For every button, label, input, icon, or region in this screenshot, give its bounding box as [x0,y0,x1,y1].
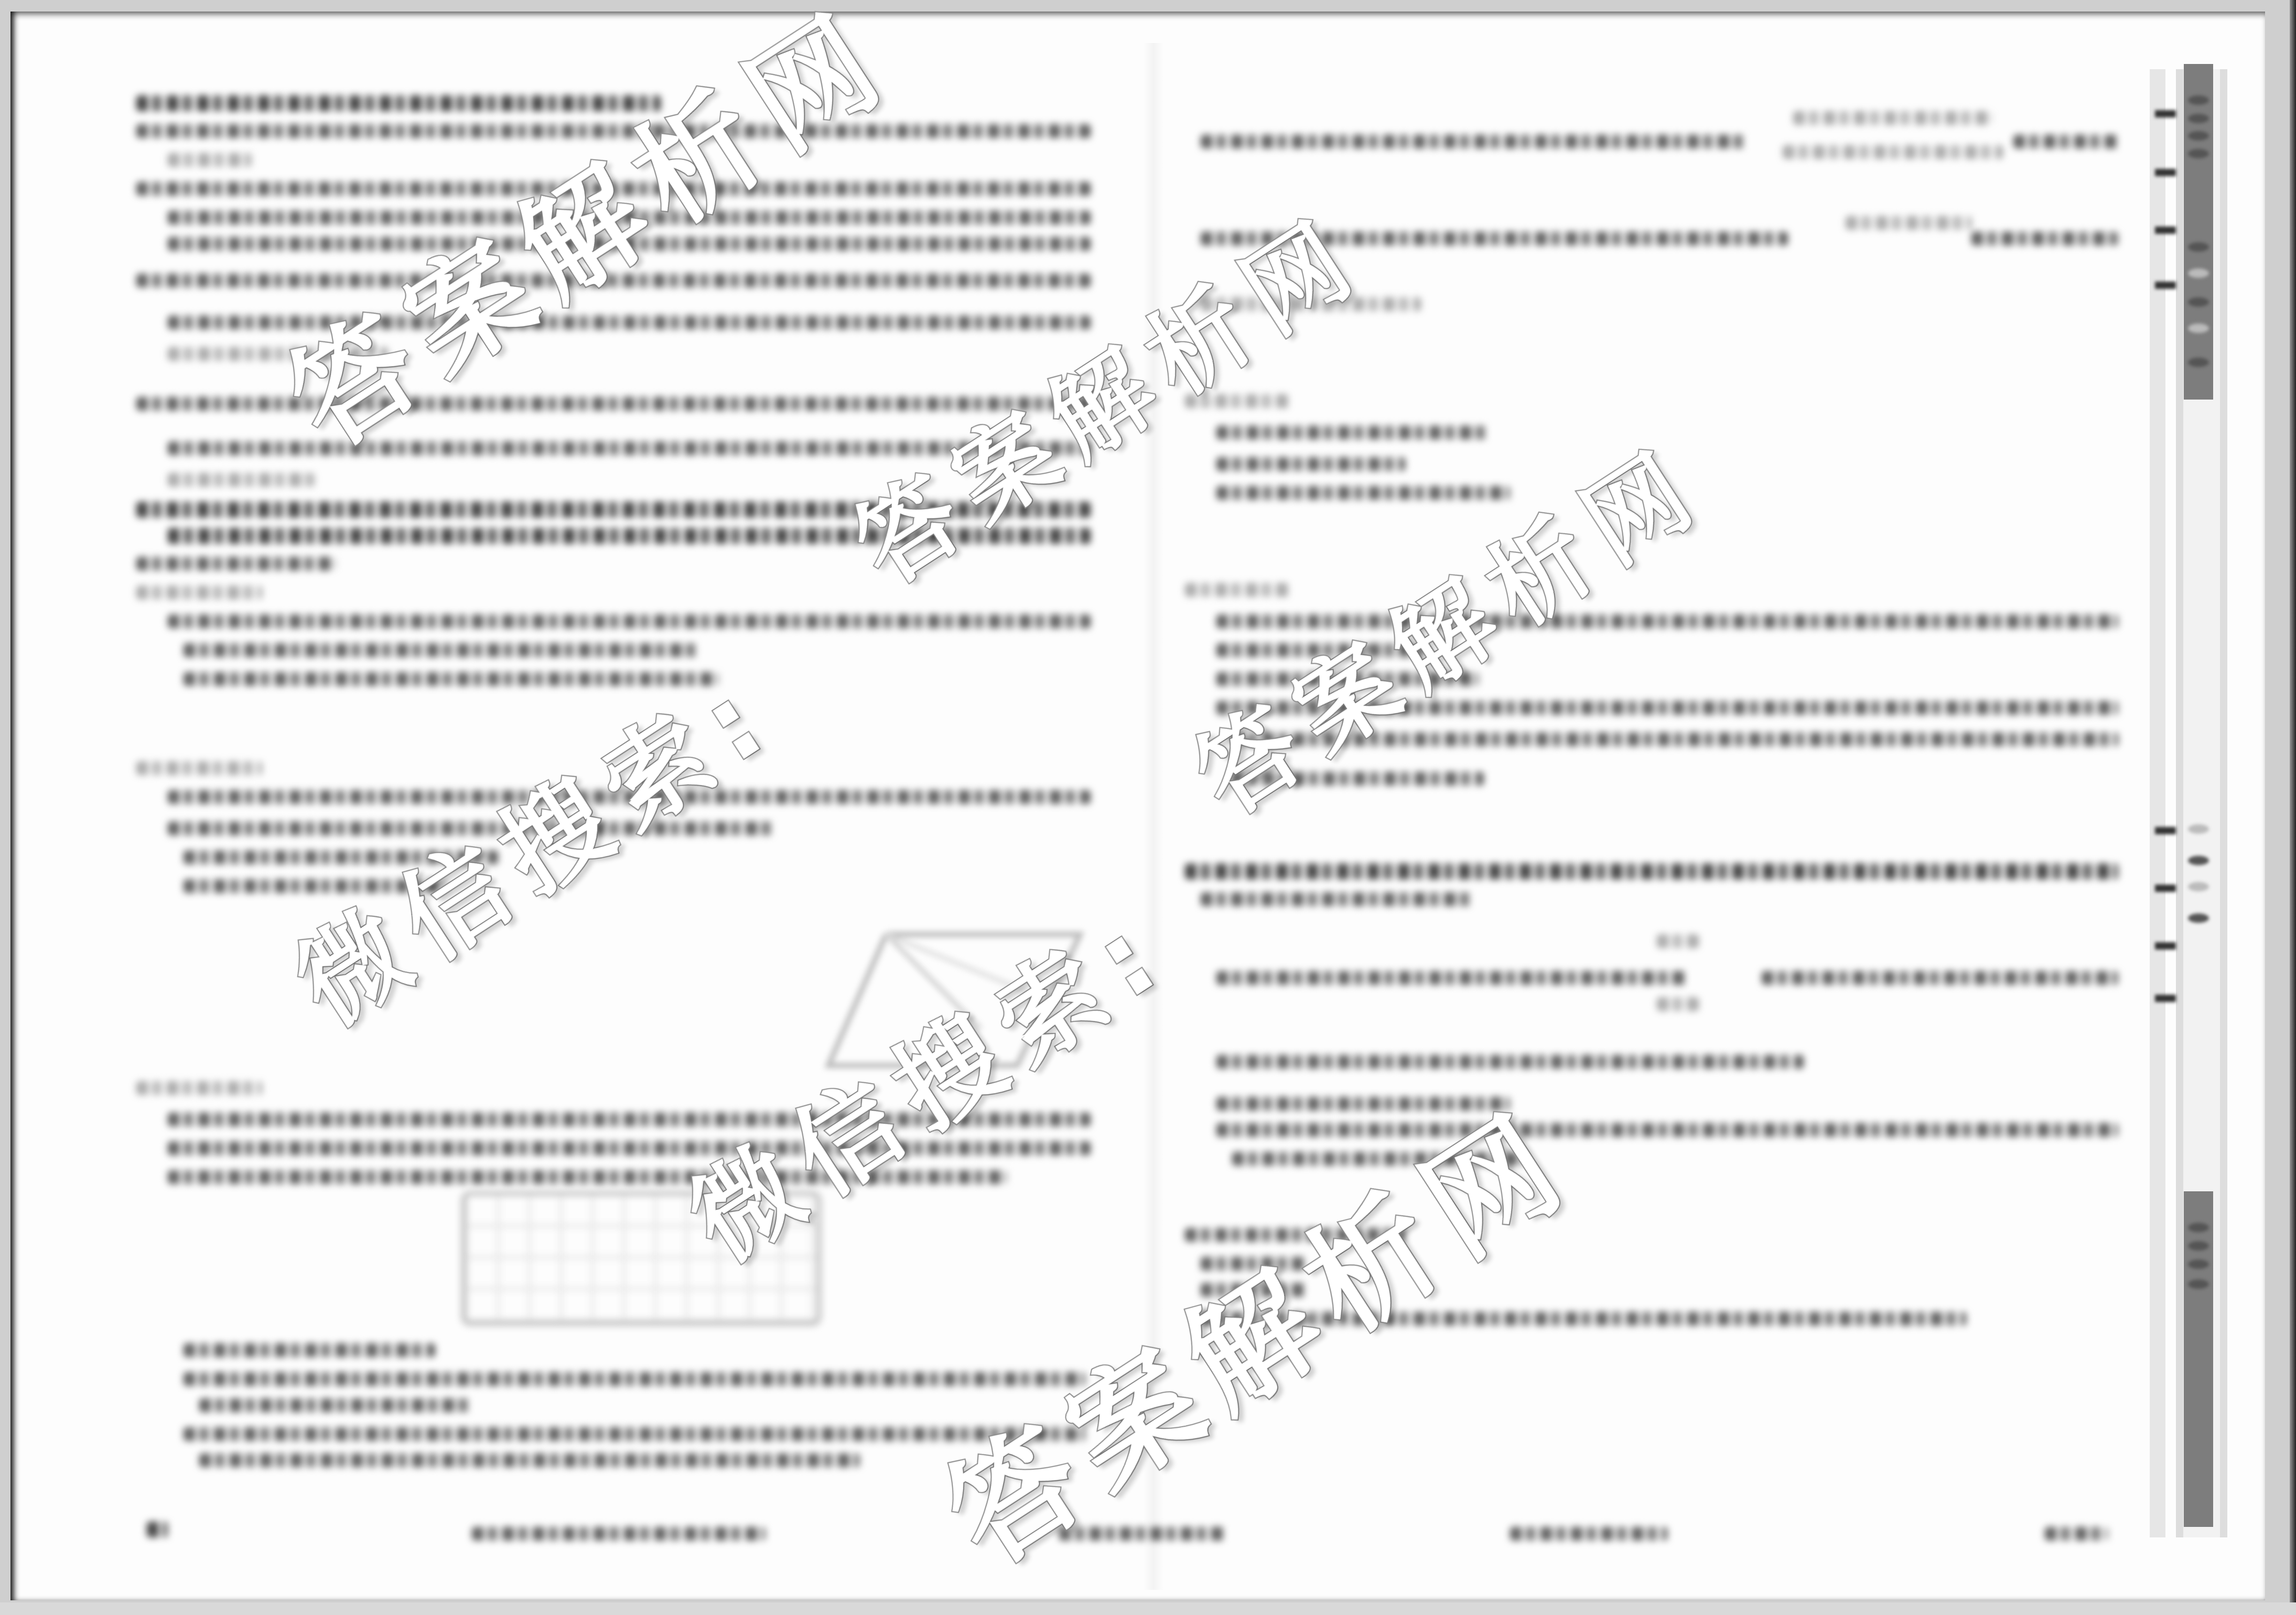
strip-mark [2188,149,2209,158]
strip-circle [2188,882,2209,891]
strip-label [2155,169,2176,176]
strip-mark [2188,1259,2209,1269]
strip-circle [2188,324,2209,333]
strip-circle [2188,268,2209,278]
strip-mark [2188,242,2209,252]
strip-label [2155,110,2176,117]
strip-mark [2188,131,2209,141]
strip-label [2155,282,2176,289]
strip-mark [2188,913,2209,923]
scan-edge-bottom [0,1602,2296,1615]
strip-circle [2188,824,2209,834]
strip-label [2155,885,2176,892]
strip-mark [2188,297,2209,307]
watermark: 微信搜索: [264,633,799,1053]
strip-mark [2188,95,2209,105]
binding-strip-outer [2150,69,2165,1537]
strip-mark [2188,114,2209,123]
strip-label [2155,995,2176,1002]
strip-label [2155,827,2176,834]
strip-mark [2188,358,2209,367]
scan-edge-right [2290,0,2296,1615]
strip-mark [2188,1279,2209,1289]
strip-label [2155,227,2176,234]
strip-mark [2188,856,2209,865]
exam-sheet: 1 答案解析网 答案解析网 答案解析网 答案解析网 微信搜索: 微信搜索: [10,12,2265,1600]
strip-label [2155,942,2176,950]
strip-mark [2188,1241,2209,1251]
strip-mark [2188,1223,2209,1232]
